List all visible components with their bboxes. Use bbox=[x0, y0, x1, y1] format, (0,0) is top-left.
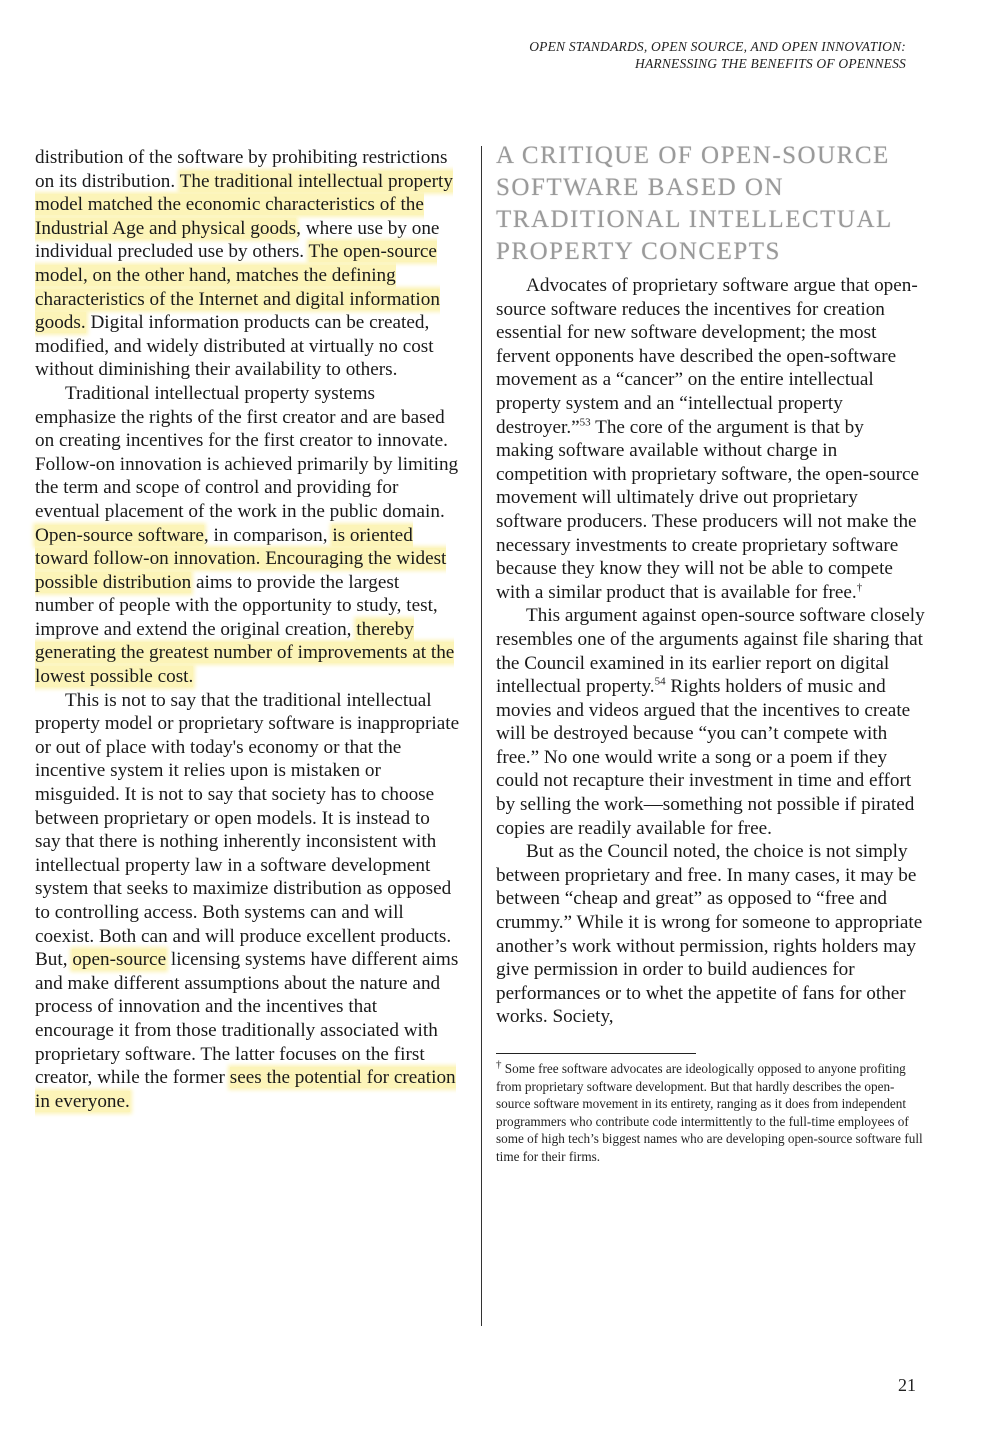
footnote-ref-dagger: † bbox=[857, 581, 863, 593]
footnote-ref-54: 54 bbox=[655, 676, 666, 688]
section-heading: A CRITIQUE OF OPEN-SOURCE SOFTWARE BASED… bbox=[496, 140, 926, 268]
page-number: 21 bbox=[898, 1375, 916, 1396]
left-column: distribution of the software by prohibit… bbox=[35, 146, 460, 1113]
right-paragraph-1: Advocates of proprietary software argue … bbox=[496, 274, 926, 604]
running-head-line-2: HARNESSING THE BENEFITS OF OPENNESS bbox=[529, 55, 906, 72]
footnote-rule bbox=[496, 1053, 696, 1054]
footnote-ref-53: 53 bbox=[580, 416, 591, 428]
left-paragraph-2: Traditional intellectual property system… bbox=[35, 382, 460, 689]
highlight: open-source bbox=[72, 949, 166, 970]
highlight: Open-source software bbox=[35, 525, 204, 546]
right-paragraph-3: But as the Council noted, the choice is … bbox=[496, 840, 926, 1029]
running-head-line-1: OPEN STANDARDS, OPEN SOURCE, AND OPEN IN… bbox=[529, 38, 906, 55]
footnote: † Some free software advocates are ideol… bbox=[496, 1060, 926, 1165]
left-paragraph-1: distribution of the software by prohibit… bbox=[35, 146, 460, 382]
right-column: A CRITIQUE OF OPEN-SOURCE SOFTWARE BASED… bbox=[496, 140, 926, 1165]
right-paragraph-2: This argument against open-source softwa… bbox=[496, 604, 926, 840]
running-head: OPEN STANDARDS, OPEN SOURCE, AND OPEN IN… bbox=[529, 38, 906, 72]
column-divider bbox=[481, 146, 482, 1326]
left-paragraph-3: This is not to say that the traditional … bbox=[35, 689, 460, 1114]
